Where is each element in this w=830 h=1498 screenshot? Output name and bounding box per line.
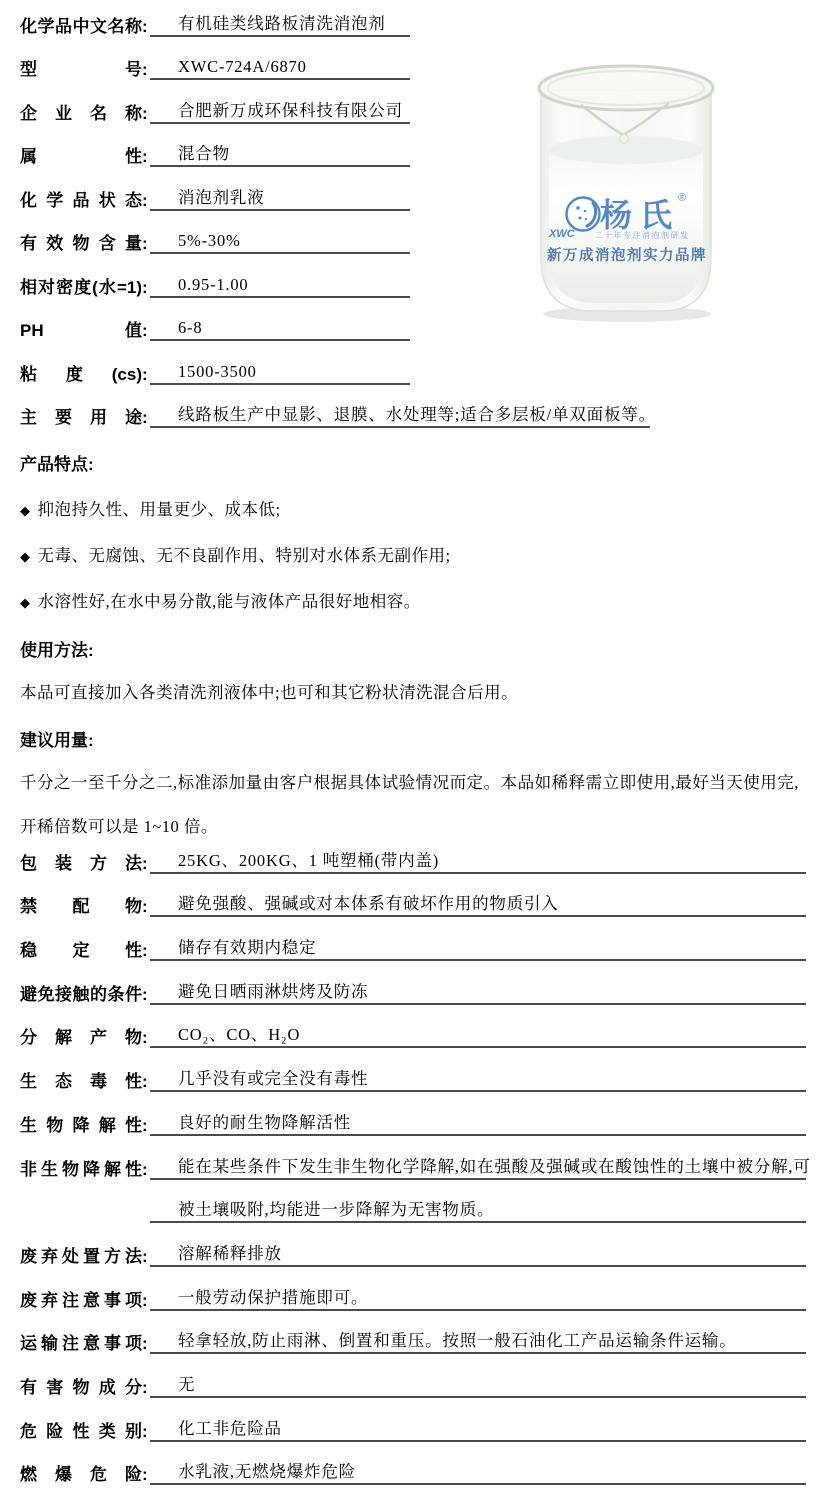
field-label: 粘度(cs)	[20, 365, 142, 385]
label-colon: :	[142, 234, 150, 254]
field-value: 能在某些条件下发生非生物化学降解,如在强酸及强碱或在酸蚀性的土壤中被分解,可	[150, 1157, 806, 1180]
field-value: 几乎没有或完全没有毒性	[150, 1069, 806, 1092]
label-colon: :	[142, 1465, 150, 1485]
field-label: 分解产物	[20, 1028, 142, 1048]
field-label: 燃爆危险	[20, 1465, 142, 1485]
field-label: 化学品状态	[20, 191, 142, 211]
label-colon: :	[142, 1116, 150, 1136]
brand-xwc-text: XWC	[548, 228, 576, 240]
field-row-harmful-components: 有害物成分: 无	[20, 1354, 810, 1398]
label-colon: :	[142, 1160, 150, 1180]
field-row-incompatibles: 禁配物: 避免强酸、强碱或对本体系有破坏作用的物质引入	[20, 874, 810, 918]
label-colon: :	[142, 191, 150, 211]
beaker-illustration: XWC 杨氏 ® 二十年专注消泡剂研发 新万成消泡剂实力品牌	[515, 48, 815, 348]
features-heading: 产品特点:	[20, 454, 810, 476]
field-label: 包装方法	[20, 854, 142, 874]
dosage-heading: 建议用量:	[20, 730, 810, 752]
spout-drip	[620, 135, 629, 144]
field-row-abiotic-degradability-cont: 被土壤吸附,均能进一步降解为无害物质。	[20, 1180, 810, 1224]
usage-heading: 使用方法:	[20, 640, 810, 662]
product-datasheet-page: XWC 杨氏 ® 二十年专注消泡剂研发 新万成消泡剂实力品牌 化学品中文名称: …	[0, 0, 830, 1498]
field-value: CO₂、CO、H₂O	[150, 1025, 806, 1048]
beaker-rim	[539, 66, 713, 110]
diamond-bullet-icon: ◆	[20, 595, 31, 610]
field-value: 避免强酸、强碱或对本体系有破坏作用的物质引入	[150, 894, 806, 917]
field-label: 有害物成分	[20, 1378, 142, 1398]
label-colon: :	[142, 1247, 150, 1267]
field-value: 良好的耐生物降解活性	[150, 1113, 806, 1136]
brand-slogan: 新万成消泡剂实力品牌	[547, 246, 707, 264]
field-value: 1500-3500	[150, 362, 410, 385]
field-label: 有效物含量	[20, 234, 142, 254]
label-colon: :	[142, 60, 150, 80]
label-colon: :	[142, 408, 150, 428]
label-colon: :	[142, 365, 150, 385]
usage-paragraph: 本品可直接加入各类清洗剂液体中;也可和其它粉状清洗混合后用。	[20, 682, 810, 704]
field-label: 废弃注意事项	[20, 1291, 142, 1311]
field-value: 一般劳动保护措施即可。	[150, 1288, 806, 1311]
label-colon: :	[142, 17, 150, 37]
field-label: 稳定性	[20, 941, 142, 961]
field-label: 企业名称	[20, 104, 142, 124]
moon-dot	[576, 206, 580, 210]
moon-dot	[584, 210, 587, 213]
label-colon: :	[142, 1334, 150, 1354]
label-colon: :	[142, 278, 150, 298]
feature-text: 无毒、无腐蚀、无不良副作用、特别对水体系无副作用;	[38, 546, 451, 565]
label-colon: :	[142, 985, 150, 1005]
field-label: 相对密度(水=1)	[20, 278, 142, 298]
field-value: XWC-724A/6870	[150, 57, 410, 80]
field-label: 非生物降解性	[20, 1160, 142, 1180]
field-row-explosion-hazard: 燃爆危险: 水乳液,无燃烧爆炸危险	[20, 1442, 810, 1486]
field-row-disposal-precautions: 废弃注意事项: 一般劳动保护措施即可。	[20, 1267, 810, 1311]
field-value: 线路板生产中显影、退膜、水处理等;适合多层板/单双面板等。	[150, 405, 650, 428]
field-row-transport-precautions: 运输注意事项: 轻拿轻放,防止雨淋、倒置和重压。按照一般石油化工产品运输条件运输…	[20, 1311, 810, 1355]
field-label: PH值	[20, 321, 142, 341]
label-colon: :	[142, 1378, 150, 1398]
field-row-abiotic-degradability: 非生物降解性: 能在某些条件下发生非生物化学降解,如在强酸及强碱或在酸蚀性的土壤…	[20, 1136, 810, 1180]
label-colon: :	[142, 854, 150, 874]
field-row-disposal: 废弃处置方法: 溶解稀释排放	[20, 1223, 810, 1267]
field-label: 运输注意事项	[20, 1334, 142, 1354]
field-value: 无	[150, 1375, 806, 1398]
moon-dot	[579, 217, 582, 220]
diamond-bullet-icon: ◆	[20, 549, 31, 564]
label-colon: :	[142, 321, 150, 341]
field-row-conditions-to-avoid: 避免接触的条件: 避免日晒雨淋烘烤及防冻	[20, 961, 810, 1005]
diamond-bullet-icon: ◆	[20, 503, 31, 518]
label-colon: :	[142, 1072, 150, 1092]
field-row-main-use: 主要用途: 线路板生产中显影、退膜、水处理等;适合多层板/单双面板等。	[20, 385, 810, 429]
field-label: 废弃处置方法	[20, 1247, 142, 1267]
dosage-paragraph-line: 千分之一至千分之二,标准添加量由客户根据具体试验情况而定。本品如稀释需立即使用,…	[20, 772, 810, 794]
label-colon: :	[142, 147, 150, 167]
field-row-chemical-name: 化学品中文名称: 有机硅类线路板清洗消泡剂	[20, 0, 810, 37]
field-value: 被土壤吸附,均能进一步降解为无害物质。	[150, 1200, 806, 1223]
field-value: 合肥新万成环保科技有限公司	[150, 101, 410, 124]
field-value: 化工非危险品	[150, 1419, 806, 1442]
field-label: 危险性类别	[20, 1422, 142, 1442]
field-value: 水乳液,无燃烧爆炸危险	[150, 1462, 806, 1485]
feature-item: ◆水溶性好,在水中易分散,能与液体产品很好地相容。	[20, 591, 810, 614]
field-value: 6-8	[150, 318, 410, 341]
field-value: 混合物	[150, 144, 410, 167]
label-colon: :	[142, 104, 150, 124]
feature-item: ◆无毒、无腐蚀、无不良副作用、特别对水体系无副作用;	[20, 545, 810, 568]
feature-item: ◆抑泡持久性、用量更少、成本低;	[20, 499, 810, 522]
label-colon: :	[142, 1028, 150, 1048]
field-value: 消泡剂乳液	[150, 188, 410, 211]
field-row-biodegradability: 生物降解性: 良好的耐生物降解活性	[20, 1092, 810, 1136]
field-label: 生态毒性	[20, 1072, 142, 1092]
label-colon: :	[142, 1291, 150, 1311]
field-value: 25KG、200KG、1 吨塑桶(带内盖)	[150, 851, 806, 874]
registered-mark-icon: ®	[678, 192, 686, 204]
field-label: 生物降解性	[20, 1116, 142, 1136]
label-colon: :	[142, 1422, 150, 1442]
field-value: 轻拿轻放,防止雨淋、倒置和重压。按照一般石油化工产品运输条件运输。	[150, 1331, 806, 1354]
brand-name: 杨氏	[600, 197, 680, 233]
field-value: 溶解稀释排放	[150, 1244, 806, 1267]
field-value: 有机硅类线路板清洗消泡剂	[150, 14, 410, 37]
field-row-stability: 稳定性: 储存有效期内稳定	[20, 917, 810, 961]
feature-text: 水溶性好,在水中易分散,能与液体产品很好地相容。	[38, 592, 421, 611]
product-photo: XWC 杨氏 ® 二十年专注消泡剂研发 新万成消泡剂实力品牌	[515, 48, 815, 348]
field-value: 储存有效期内稳定	[150, 938, 806, 961]
field-row-hazard-class: 危险性类别: 化工非危险品	[20, 1398, 810, 1442]
field-value: 避免日晒雨淋烘烤及防冻	[150, 982, 806, 1005]
field-row-eco-toxicity: 生态毒性: 几乎没有或完全没有毒性	[20, 1048, 810, 1092]
moon-dot	[585, 218, 587, 220]
field-label: 避免接触的条件	[20, 985, 142, 1005]
label-colon: :	[142, 897, 150, 917]
field-label: 型号	[20, 60, 142, 80]
spec-fields-bottom: 包装方法: 25KG、200KG、1 吨塑桶(带内盖) 禁配物: 避免强酸、强碱…	[20, 830, 810, 1485]
brand-tagline: 二十年专注消泡剂研发	[595, 230, 690, 240]
field-label: 主要用途	[20, 408, 142, 428]
feature-text: 抑泡持久性、用量更少、成本低;	[38, 500, 281, 519]
field-value: 5%-30%	[150, 231, 410, 254]
field-row-decomposition: 分解产物: CO₂、CO、H₂O	[20, 1005, 810, 1049]
field-label: 化学品中文名称	[20, 17, 142, 37]
field-label: 属性	[20, 147, 142, 167]
field-label: 禁配物	[20, 897, 142, 917]
label-colon: :	[142, 941, 150, 961]
field-value: 0.95-1.00	[150, 275, 410, 298]
